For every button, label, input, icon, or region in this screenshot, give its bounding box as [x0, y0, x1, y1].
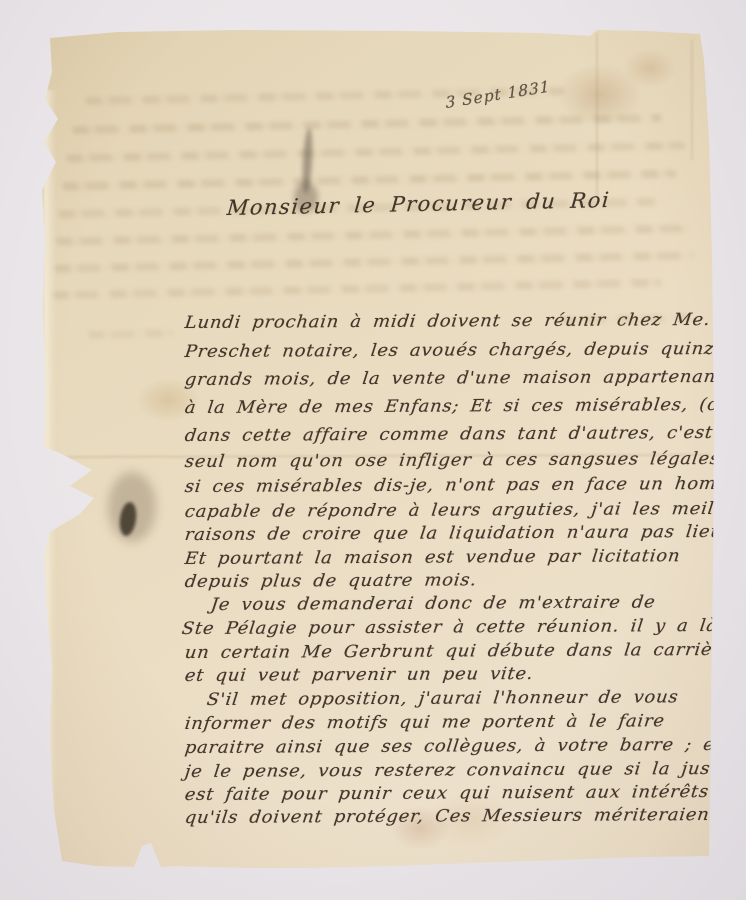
letter-line: Et pourtant la maison est vendue par lic… [184, 546, 682, 569]
letter-line: et qui veut parvenir un peu vite. [184, 664, 535, 686]
letter-line: je le pense, vous resterez convaincu que… [184, 759, 746, 782]
date-annotation: 3 Sept 1831 [445, 77, 551, 112]
letter-line: informer des motifs qui me portent à le … [184, 711, 666, 734]
letter-line: grands mois, de la vente d'une maison ap… [184, 367, 726, 390]
letter-line: qu'ils doivent protéger, Ces Messieurs m… [184, 805, 719, 828]
photo-background: 3 Sept 1831 Monsieur le Procureur du Roi… [0, 0, 746, 900]
letter-line: S'il met opposition, j'aurai l'honneur d… [206, 687, 680, 710]
letter-line: à la Mère de mes Enfans; Et si ces misér… [184, 395, 745, 418]
letter-line: Preschet notaire, les avoués chargés, de… [184, 339, 727, 362]
bleed-through-line [66, 142, 687, 163]
letter-line: est faite pour punir ceux qui nuisent au… [184, 782, 710, 805]
letter-line: paraitre ainsi que ses collègues, à votr… [184, 735, 731, 758]
torn-edge-highlight [44, 90, 56, 860]
bleed-through-line [56, 224, 692, 245]
letter-line: dans cette affaire comme dans tant d'aut… [184, 423, 744, 446]
letter-line: si ces misérables dis-je, n'ont pas en f… [184, 474, 746, 497]
letter-line: un certain Me Gerbrunt qui débute dans l… [184, 640, 741, 663]
letter-line: depuis plus de quatre mois. [184, 570, 478, 592]
letter-line: capable de répondre à leurs arguties, j'… [184, 499, 746, 522]
letter-line: Lundi prochain à midi doivent se réunir … [184, 310, 712, 333]
salutation: Monsieur le Procureur du Roi [226, 188, 611, 220]
bleed-through-line [62, 170, 678, 191]
letter-line: seul nom qu'on ose infliger à ces sangsu… [184, 449, 729, 472]
fold-crease [691, 40, 693, 160]
bleed-through-line [54, 251, 695, 272]
letter-paper: 3 Sept 1831 Monsieur le Procureur du Roi… [0, 0, 746, 900]
letter-line: raisons de croire que la liquidation n'a… [184, 522, 731, 545]
letter-line: Ste Pélagie pour assister à cette réunio… [181, 616, 719, 639]
letter-line: Je vous demanderai donc de m'extraire de [210, 592, 657, 615]
fold-crease [596, 33, 598, 198]
bleed-through-line [52, 279, 663, 300]
bleed-through-line [88, 329, 174, 339]
bleed-through-line [72, 114, 663, 134]
